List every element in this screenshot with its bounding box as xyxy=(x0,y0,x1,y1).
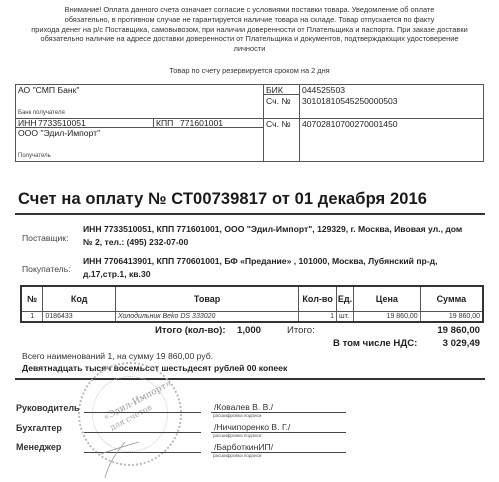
signature-name-director: /Ковалев В. В./ xyxy=(214,402,273,412)
reserve-notice: Товар по счету резервируется сроком на 2… xyxy=(0,66,499,75)
items-summary: Всего наименований 1, на сумму 19 860,00… xyxy=(22,351,213,361)
col-header-qty: Кол-во xyxy=(299,286,337,311)
total-qty-label: Итого (кол-во): xyxy=(155,325,226,336)
cell-product: Холодильник Beko DS 333020 xyxy=(116,311,299,322)
buyer-label: Покупатель: xyxy=(22,264,71,274)
signature-role-accountant: Бухгалтер xyxy=(16,423,62,433)
col-header-num: № xyxy=(21,286,43,311)
account-value: 40702810700270001450 xyxy=(302,119,398,129)
inn-label: ИНН xyxy=(18,118,37,128)
cell-unit: шт. xyxy=(337,311,354,322)
bank-name: АО "СМП Банк" xyxy=(18,85,79,95)
bik-label: БИК xyxy=(266,85,283,95)
corr-account-value: 30101810545250000503 xyxy=(302,96,398,106)
col-header-sum: Сумма xyxy=(420,286,483,311)
total-value: 19 860,00 xyxy=(437,325,480,336)
divider xyxy=(299,85,300,162)
payment-notice: Внимание! Оплата данного счета означает … xyxy=(10,5,489,54)
table-row: 1 0186433 Холодильник Beko DS 333020 1 ш… xyxy=(21,311,483,322)
signature-caption: расшифровка подписи xyxy=(213,433,261,438)
signature-role-director: Руководитель xyxy=(16,403,80,413)
invoice-title: Счет на оплату № СТ00739817 от 01 декабр… xyxy=(18,190,427,209)
notice-line: Внимание! Оплата данного счета означает … xyxy=(10,5,489,15)
supplier-label: Поставщик: xyxy=(22,233,68,243)
cell-price: 19 860,00 xyxy=(354,311,421,322)
signature-name-manager: /БарботкинИП/ xyxy=(214,442,273,452)
supplier-details: ИНН 7733510051, КПП 771601001, ООО "Эдил… xyxy=(83,223,468,248)
col-header-price: Цена xyxy=(354,286,421,311)
footer-divider xyxy=(15,378,485,380)
notice-line: обязательно, в противном случае не гаран… xyxy=(10,15,489,25)
col-header-product: Товар xyxy=(116,286,299,311)
divider xyxy=(263,85,264,162)
kpp-label: КПП xyxy=(156,118,173,128)
recipient-caption: Получатель xyxy=(18,153,51,159)
buyer-details: ИНН 7706413901, КПП 770601001, БФ «Преда… xyxy=(83,255,468,280)
divider xyxy=(16,118,484,119)
cell-qty: 1 xyxy=(299,311,337,322)
signature-line xyxy=(84,412,201,413)
vat-label: В том числе НДС: xyxy=(333,338,417,349)
title-divider xyxy=(15,213,485,215)
bik-value: 044525503 xyxy=(302,85,345,95)
signature-caption: расшифровка подписи xyxy=(213,413,261,418)
vat-value: 3 029,49 xyxy=(443,338,480,349)
signature-name-accountant: /Ничипоренко В. Г./ xyxy=(214,422,290,432)
inn-value: 7733510051 xyxy=(38,118,86,128)
signature-caption: расшифровка подписи xyxy=(213,453,261,458)
signature-scribble-icon xyxy=(95,440,145,482)
items-table: № Код Товар Кол-во Ед. Цена Сумма 1 0186… xyxy=(20,285,484,323)
total-qty-value: 1,000 xyxy=(237,325,261,336)
col-header-code: Код xyxy=(43,286,116,311)
notice-line: прихода денег на р/с Поставщика, самовыв… xyxy=(10,25,489,35)
divider xyxy=(153,118,154,127)
cell-sum: 19 860,00 xyxy=(420,311,483,322)
cell-code: 0186433 xyxy=(43,311,116,322)
cell-num: 1 xyxy=(21,311,43,322)
kpp-value: 771601001 xyxy=(180,118,223,128)
signature-line xyxy=(84,432,201,433)
signature-role-manager: Менеджер xyxy=(16,442,61,452)
notice-line: личности xyxy=(10,44,489,54)
recipient-name: ООО "Эдил-Импорт" xyxy=(18,128,100,138)
total-label: Итого: xyxy=(287,325,315,336)
notice-line: обязательно наличие на адресе доставки д… xyxy=(10,34,489,44)
bank-details-box: АО "СМП Банк" Банк получателя БИК 044525… xyxy=(15,84,484,162)
account-label: Сч. № xyxy=(266,119,291,129)
corr-account-label: Сч. № xyxy=(266,96,291,106)
bank-caption: Банк получателя xyxy=(18,110,65,116)
col-header-unit: Ед. xyxy=(337,286,354,311)
table-header-row: № Код Товар Кол-во Ед. Цена Сумма xyxy=(21,286,483,311)
